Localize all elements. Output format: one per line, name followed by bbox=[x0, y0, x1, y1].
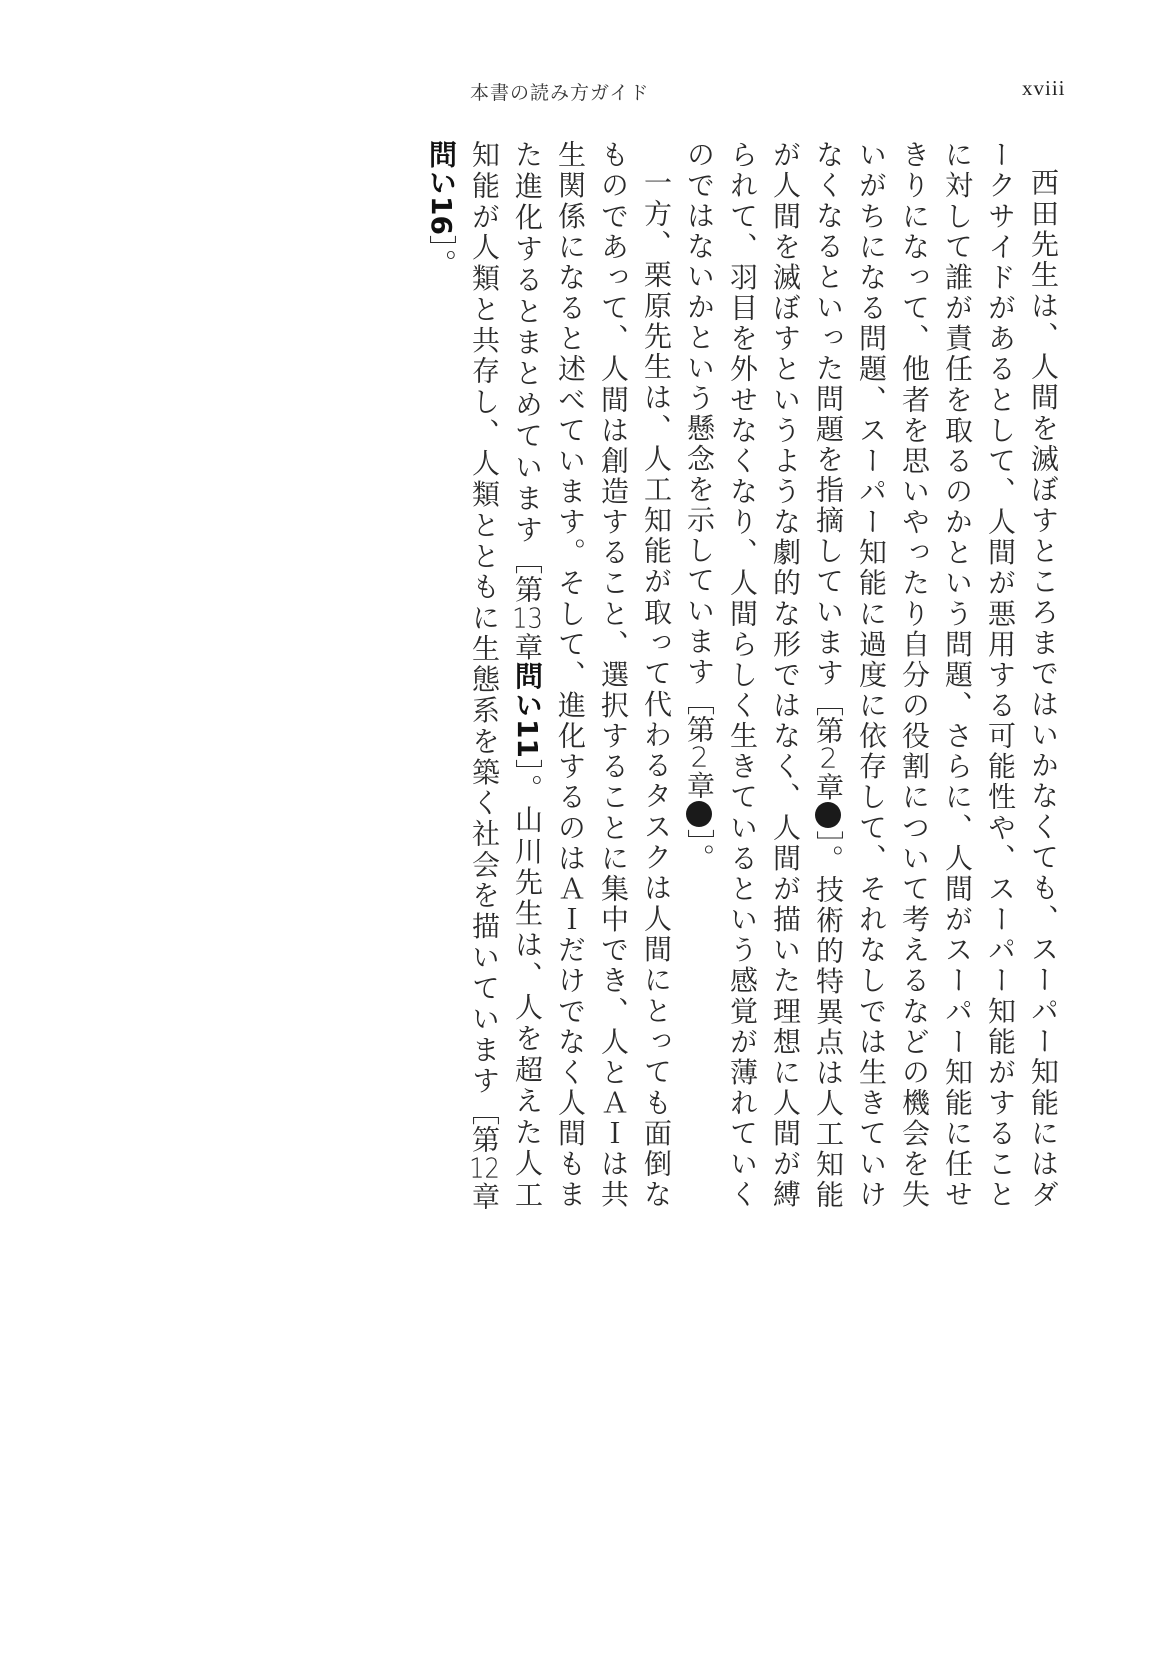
body-text: 西田先生は、人間を滅ぼすところまではいかなくても、スーパー知能にはダークサイドが… bbox=[585, 140, 1065, 1210]
bracket-open: ［ bbox=[812, 688, 845, 716]
circled-number-icon: 5 bbox=[686, 801, 712, 827]
bracket-open: ［ bbox=[683, 687, 716, 715]
chapter-reference: ［第2章4］ bbox=[812, 688, 845, 844]
ref-chapter-unit: 章 bbox=[683, 771, 716, 799]
ref-chapter-unit: 章 bbox=[812, 772, 845, 800]
ref-chapter-unit: 章 bbox=[511, 633, 544, 662]
bracket-close: ］ bbox=[683, 829, 716, 843]
bracket-close: ］ bbox=[425, 235, 458, 249]
ref-chapter-unit: 章 bbox=[468, 1182, 501, 1210]
ref-question-label: 問い16 bbox=[425, 140, 458, 235]
bracket-open: ［ bbox=[468, 1097, 501, 1125]
chapter-reference: ［第2章5］ bbox=[683, 687, 716, 843]
ref-question-label: 問い11 bbox=[511, 661, 544, 758]
circled-number-icon: 4 bbox=[815, 802, 841, 828]
bracket-open: ［ bbox=[511, 546, 544, 575]
bracket-close: ］ bbox=[812, 830, 845, 844]
question-reference: ［第13章問い11］ bbox=[511, 546, 544, 774]
text-run: 。 bbox=[425, 249, 458, 279]
running-title: 本書の読み方ガイド bbox=[470, 78, 649, 105]
paragraph-1: 西田先生は、人間を滅ぼすところまではいかなくても、スーパー知能にはダークサイドが… bbox=[678, 140, 1065, 1210]
ref-chapter-prefix: 第 bbox=[683, 715, 716, 743]
book-page: 本書の読み方ガイド xviii 西田先生は、人間を滅ぼすところまではいかなくても… bbox=[0, 0, 1165, 1654]
paragraph-2: 一方、栗原先生は、人工知能が取って代わるタスクは人間にとっても面倒なものであって… bbox=[420, 140, 678, 1210]
text-run: 。 bbox=[683, 843, 716, 873]
ref-chapter-number: 2 bbox=[812, 744, 845, 772]
ref-chapter-number: 12 bbox=[468, 1154, 501, 1182]
ref-chapter-number: 2 bbox=[683, 743, 716, 771]
ref-chapter-prefix: 第 bbox=[812, 716, 845, 744]
text-run: 西田先生は、人間を滅ぼすところまではいかなくても、スーパー知能にはダークサイドが… bbox=[812, 140, 1060, 1210]
bracket-close: ］ bbox=[511, 758, 544, 774]
ref-chapter-prefix: 第 bbox=[511, 575, 544, 604]
ref-chapter-prefix: 第 bbox=[468, 1125, 501, 1153]
ref-chapter-number: 13 bbox=[511, 604, 544, 633]
page-number: xviii bbox=[1022, 76, 1066, 101]
